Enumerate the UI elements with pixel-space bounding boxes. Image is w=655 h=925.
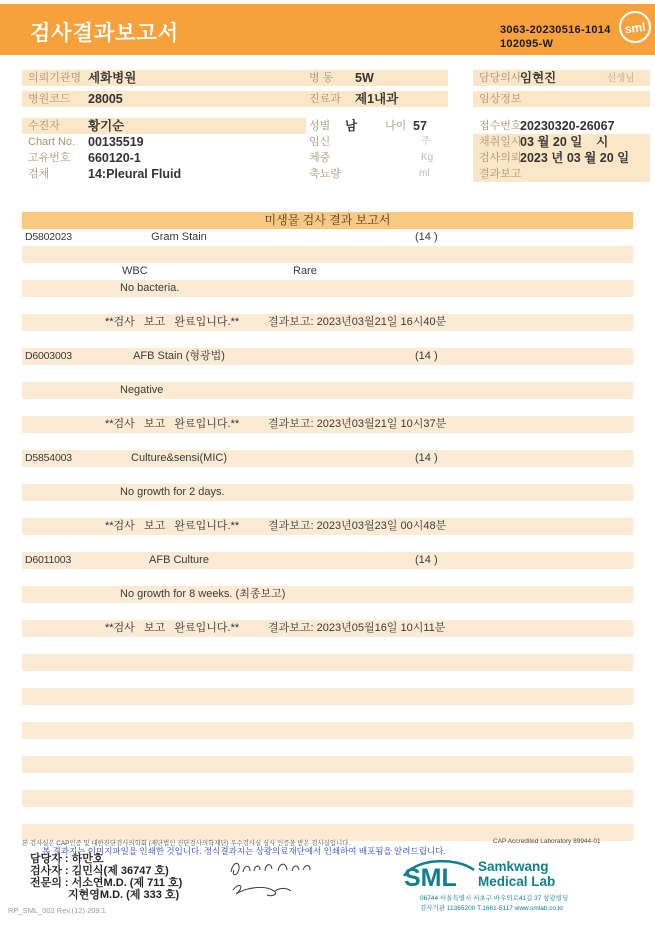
report-datetime: 결과보고: 2023년03월21일 16시40분 <box>268 314 446 331</box>
table-row <box>22 569 633 586</box>
organization-label: 의뢰기관명 <box>28 70 81 86</box>
table-row <box>22 246 633 263</box>
table-row: D6011003AFB Culture(14 ) <box>22 552 633 569</box>
info-row-patient: 수진자 황기순 <box>22 118 306 134</box>
specimen-badge: (14 ) <box>415 552 438 569</box>
report-numbers: 3063-20230516-1014 102095-W <box>500 23 611 51</box>
hospital-code-label: 병원코드 <box>28 91 71 107</box>
age-value: 57 <box>413 118 427 134</box>
specimen-badge: (14 ) <box>415 229 438 246</box>
ward-value: 5W <box>355 70 374 86</box>
sml-footer-logo-icon: SML <box>396 852 478 892</box>
weight-label: 체중 <box>309 150 330 166</box>
receipt-no-value: 20230320-26067 <box>520 118 615 134</box>
sml-circle-logo-icon: sml <box>613 7 655 49</box>
test-code: D5802023 <box>25 229 72 246</box>
table-row: Negative <box>22 382 633 399</box>
table-row: D5854003Culture&sensi(MIC)(14 ) <box>22 450 633 467</box>
table-row: WBCRare <box>22 263 633 280</box>
results-section-title: 미생물 검사 결과 보고서 <box>22 212 633 229</box>
info-row-organization: 의뢰기관명 세화병원 <box>22 70 306 86</box>
info-row-collect: 채취일시 03 월 20 일 시 <box>473 134 650 150</box>
svg-text:SML: SML <box>404 864 457 892</box>
report-datetime: 결과보고: 2023년05월16일 10시11분 <box>268 620 445 637</box>
report-number-1: 3063-20230516-1014 <box>500 23 611 37</box>
complete-message: **검사 보고 완료입니다.** <box>105 518 239 535</box>
sml-address: 06744 서울특별시 서초구 바우뫼로41길 37 삼광빌딩 <box>420 893 568 902</box>
test-code: D5854003 <box>25 450 72 467</box>
request-date-value: 2023 년 03 월 20 일 <box>520 150 629 166</box>
uid-label: 고유번호 <box>28 150 71 166</box>
handwritten-signatures <box>225 856 335 904</box>
table-row <box>22 654 633 671</box>
collect-datetime-label: 채취일시 <box>479 134 522 150</box>
table-row <box>22 603 633 620</box>
svg-text:sml: sml <box>624 20 646 37</box>
sml-contact: 검사기관 11365200 T.1661-5117 www.smlab.co.k… <box>420 903 563 912</box>
table-row: No growth for 2 days. <box>22 484 633 501</box>
table-row <box>22 671 633 688</box>
test-name: Gram Stain <box>79 229 279 246</box>
report-title: 검사결과보고서 <box>30 17 179 47</box>
table-row <box>22 501 633 518</box>
table-row: **검사 보고 완료입니다.**결과보고: 2023년03월21일 16시40분 <box>22 314 633 331</box>
sml-lab-name: Samkwang Medical Lab <box>478 859 555 889</box>
test-name: AFB Culture <box>79 552 279 569</box>
table-row: D5802023Gram Stain(14 ) <box>22 229 633 246</box>
uid-value: 660120-1 <box>88 150 141 166</box>
test-name: Culture&sensi(MIC) <box>79 450 279 467</box>
table-row <box>22 756 633 773</box>
info-row-clinical: 임상정보 <box>473 91 650 107</box>
department-label: 진료과 <box>309 91 341 107</box>
table-row <box>22 365 633 382</box>
info-row-department: 진료과 제1내과 <box>303 91 448 107</box>
info-row-sex-age: 성별 남 나이 57 <box>303 118 448 134</box>
doctor-suffix: 선생님 <box>607 72 635 86</box>
info-row-ward: 병 동 5W <box>303 70 448 86</box>
result-name: WBC <box>122 263 148 280</box>
result-value: Rare <box>293 263 317 280</box>
test-code: D6003003 <box>25 348 72 365</box>
report-date-label: 결과보고 <box>479 166 522 182</box>
department-value: 제1내과 <box>355 91 398 107</box>
table-row: **검사 보고 완료입니다.**결과보고: 2023년03월21일 10시37분 <box>22 416 633 433</box>
complete-message: **검사 보고 완료입니다.** <box>105 314 239 331</box>
pregnancy-label: 임신 <box>309 134 330 150</box>
hospital-code-value: 28005 <box>88 91 123 107</box>
table-row <box>22 399 633 416</box>
sex-label: 성별 <box>309 118 330 134</box>
info-row-doctor: 담당의사 임현진 선생님 <box>473 70 650 86</box>
result-text: Negative <box>120 382 163 399</box>
specimen-badge: (14 ) <box>415 348 438 365</box>
table-row <box>22 637 633 654</box>
patient-label: 수진자 <box>28 118 60 134</box>
document-code: RP_SML_002 Rev.(12) 209.1 <box>8 906 106 915</box>
table-row <box>22 535 633 552</box>
chart-no-value: 00135519 <box>88 134 144 150</box>
table-row <box>22 297 633 314</box>
report-number-2: 102095-W <box>500 37 611 51</box>
patient-name-value: 황기순 <box>88 118 124 134</box>
table-row <box>22 705 633 722</box>
age-label: 나이 <box>385 118 406 134</box>
specimen-value: 14:Pleural Fluid <box>88 166 181 182</box>
table-row: No bacteria. <box>22 280 633 297</box>
report-page: 검사결과보고서 3063-20230516-1014 102095-W sml … <box>0 0 655 925</box>
info-row-receipt: 접수번호 20230320-26067 <box>473 118 650 134</box>
info-row-urine: 축뇨량 ml <box>303 166 448 182</box>
table-row <box>22 790 633 807</box>
table-row <box>22 807 633 824</box>
table-row <box>22 739 633 756</box>
table-row: **검사 보고 완료입니다.**결과보고: 2023년03월23일 00시48분 <box>22 518 633 535</box>
complete-message: **검사 보고 완료입니다.** <box>105 620 239 637</box>
table-row <box>22 688 633 705</box>
report-datetime: 결과보고: 2023년03월21일 10시37분 <box>268 416 446 433</box>
info-row-request: 검사의뢰 2023 년 03 월 20 일 <box>473 150 650 166</box>
chart-no-label: Chart No. <box>28 134 75 150</box>
doctor-label: 담당의사 <box>479 70 522 86</box>
info-row-weight: 체중 Kg <box>303 150 448 166</box>
info-row-hospital-code: 병원코드 28005 <box>22 91 306 107</box>
info-row-specimen: 검체 14:Pleural Fluid <box>22 166 306 182</box>
urine-label: 축뇨량 <box>309 166 341 182</box>
table-row: **검사 보고 완료입니다.**결과보고: 2023년05월16일 10시11분 <box>22 620 633 637</box>
clinical-info-label: 임상정보 <box>479 91 522 107</box>
info-row-uid: 고유번호 660120-1 <box>22 150 306 166</box>
weight-unit: Kg <box>421 150 433 166</box>
result-text: No bacteria. <box>120 280 179 297</box>
result-text: No growth for 2 days. <box>120 484 225 501</box>
collect-datetime-value: 03 월 20 일 시 <box>520 134 608 150</box>
test-name: AFB Stain (형광법) <box>79 348 279 365</box>
info-row-pregnancy: 임신 주 <box>303 134 448 150</box>
sex-value: 남 <box>345 118 357 134</box>
request-date-label: 검사의뢰 <box>479 150 522 166</box>
table-row <box>22 467 633 484</box>
sml-name-line-1: Samkwang <box>478 859 555 874</box>
table-row <box>22 331 633 348</box>
table-row <box>22 773 633 790</box>
organization-value: 세화병원 <box>88 70 136 86</box>
info-row-report-date: 결과보고 <box>473 166 650 182</box>
table-row <box>22 722 633 739</box>
sml-name-line-2: Medical Lab <box>478 874 555 889</box>
ward-label: 병 동 <box>309 70 333 86</box>
info-row-chart-no: Chart No. 00135519 <box>22 134 306 150</box>
result-text: No growth for 8 weeks. (최종보고) <box>120 586 285 603</box>
table-row: No growth for 8 weeks. (최종보고) <box>22 586 633 603</box>
specialist-line-2: 지현영M.D. (제 333 호) <box>68 886 179 902</box>
complete-message: **검사 보고 완료입니다.** <box>105 416 239 433</box>
urine-unit: ml <box>419 166 430 182</box>
table-row: D6003003AFB Stain (형광법)(14 ) <box>22 348 633 365</box>
test-code: D6011003 <box>25 552 71 569</box>
specimen-badge: (14 ) <box>415 450 438 467</box>
pregnancy-unit: 주 <box>421 134 431 150</box>
table-row <box>22 433 633 450</box>
cap-accreditation-number: CAP Accredited Laboratory 89944-01 <box>493 838 601 845</box>
doctor-value: 임현진 <box>520 70 556 86</box>
report-datetime: 결과보고: 2023년03월23일 00시48분 <box>268 518 446 535</box>
report-header: 검사결과보고서 3063-20230516-1014 102095-W sml <box>0 4 655 55</box>
result-table-rows: D5802023Gram Stain(14 )WBCRareNo bacteri… <box>22 229 633 841</box>
receipt-no-label: 접수번호 <box>479 118 522 134</box>
specimen-label: 검체 <box>28 166 49 182</box>
